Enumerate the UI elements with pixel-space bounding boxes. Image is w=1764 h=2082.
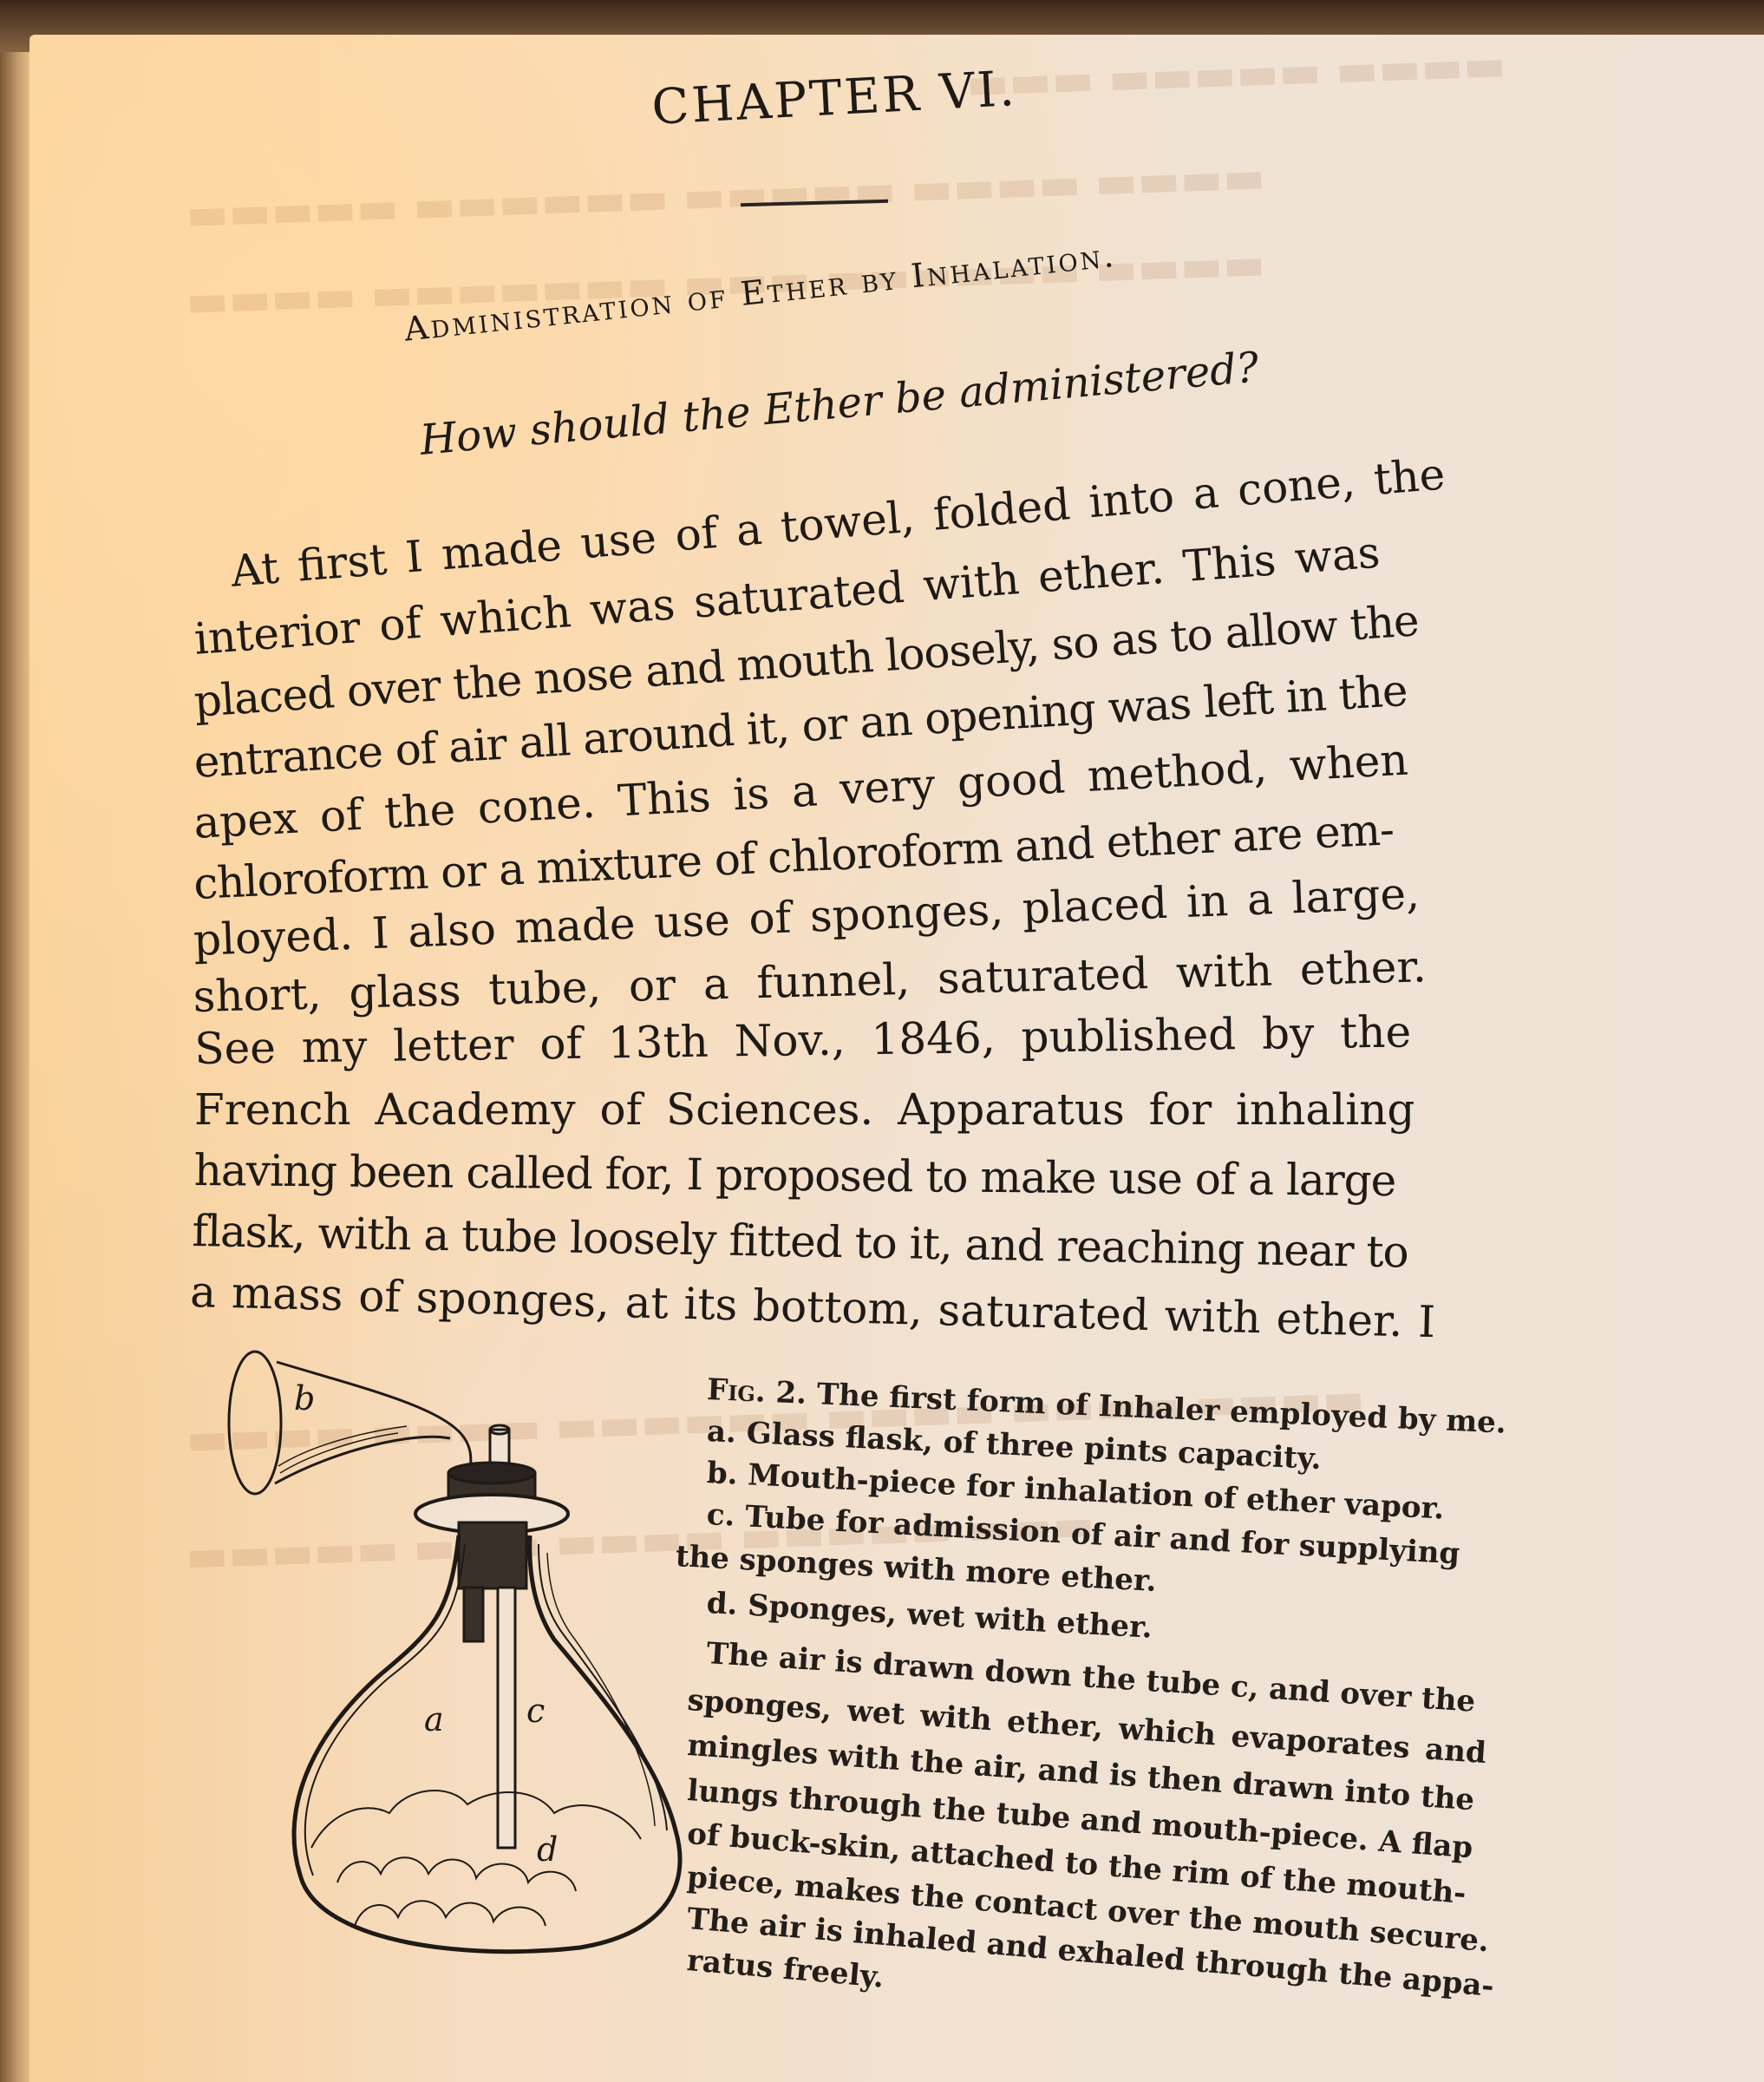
body-line: flask, with a tube loosely fitted to it,… xyxy=(192,1206,1408,1277)
bleed-through-text: ▬▬▬ ▬▬▬▬▬ ▬▬▬▬ xyxy=(965,34,1507,115)
book-spine-edge xyxy=(0,52,29,2082)
body-line: having been called for, I proposed to ma… xyxy=(193,1145,1395,1206)
description-line: ratus freely. xyxy=(686,1943,885,1995)
body-line: French Academy of Sciences. Apparatus fo… xyxy=(194,1084,1414,1135)
illustration-label-a: a xyxy=(424,1700,444,1738)
inhaler-flask-icon: b a c d xyxy=(207,1327,693,1969)
figure-label: Fig. 2. xyxy=(706,1372,807,1411)
chapter-heading: CHAPTER VI. xyxy=(650,61,1018,136)
bleed-through-text: ▬▬▬▬▬ ▬▬▬▬▬▬ ▬▬▬▬▬ ▬▬▬▬ ▬▬▬▬ xyxy=(185,146,1266,246)
subheading-question: How should the Ether be administered? xyxy=(418,343,1261,464)
inhaler-illustration: b a c d xyxy=(207,1327,693,1969)
illustration-label-b: b xyxy=(294,1379,315,1417)
book-page: ▬▬▬ ▬▬▬▬▬ ▬▬▬▬ ▬▬▬▬▬ ▬▬▬▬▬▬ ▬▬▬▬▬ ▬▬▬▬ ▬… xyxy=(29,35,1764,2082)
illustration-label-c: c xyxy=(526,1692,545,1730)
illustration-label-d: d xyxy=(537,1830,558,1869)
